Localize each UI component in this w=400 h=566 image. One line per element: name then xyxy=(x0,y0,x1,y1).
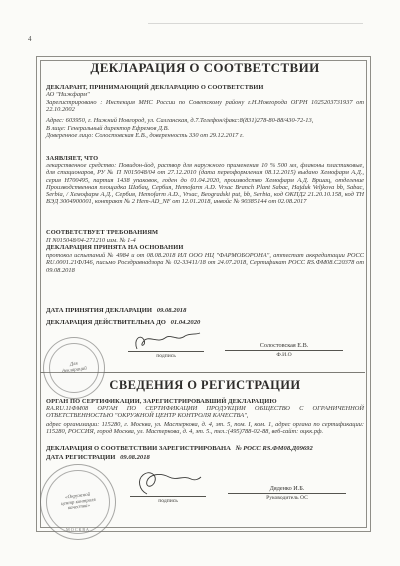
basis-heading: ДЕКЛАРАЦИЯ ПРИНЯТА НА ОСНОВАНИИ xyxy=(46,244,364,251)
declarant-stamp-text: Для деклараций xyxy=(61,361,87,375)
registrar-signature-icon xyxy=(133,470,203,496)
page-number: 4 xyxy=(28,35,32,43)
registrar-signature-caption: подпись xyxy=(130,497,206,504)
basis-text: протокол испытаний № 4984 и от 08.08.201… xyxy=(46,252,364,274)
registrar-signature-block: подпись xyxy=(130,470,206,504)
declarant-signature-block: подпись xyxy=(128,331,204,359)
declarant-registration-line: Зарегистрировано : Инспекция МНС России … xyxy=(46,99,364,114)
adoption-date-label: ДАТА ПРИНЯТИЯ ДЕКЛАРАЦИИ xyxy=(46,307,152,314)
valid-until-row: ДЕКЛАРАЦИЯ ДЕЙСТВИТЕЛЬНА ДО 01.04.2020 xyxy=(46,319,364,326)
certification-body-heading: ОРГАН ПО СЕРТИФИКАЦИИ, ЗАРЕГИСТРИРОВАВШИ… xyxy=(46,398,364,405)
declarant-stamp: Для деклараций xyxy=(43,337,105,399)
declares-heading: ЗАЯВЛЯЕТ, ЧТО xyxy=(46,155,364,162)
registrar-signature-line xyxy=(130,470,206,497)
declarant-signer-name: Солостовская Е.В. xyxy=(225,342,343,351)
declarant-signer-caption: Ф.И.О xyxy=(225,351,343,358)
registrar-signer-caption: Руководитель ОС xyxy=(228,494,346,501)
declarant-fio-block: Солостовская Е.В. Ф.И.О xyxy=(225,342,343,358)
adoption-date-row: ДАТА ПРИНЯТИЯ ДЕКЛАРАЦИИ 09.08.2018 xyxy=(46,307,364,314)
declarant-signature-line xyxy=(128,331,204,352)
certification-body-text: RA.RU.11ФМ08 ОРГАН ПО СЕРТИФИКАЦИИ ПРОДУ… xyxy=(46,405,364,420)
product-description: лекарственное средство: Повидон-йод, рас… xyxy=(46,162,364,206)
valid-until-value: 01.04.2020 xyxy=(171,319,201,326)
declarant-address-line: Адрес: 603950, г. Нижний Новгород, ул. С… xyxy=(46,117,364,124)
declarant-signature-caption: подпись xyxy=(128,352,204,359)
registration-date-row: ДАТА РЕГИСТРАЦИИ 09.08.2018 xyxy=(46,454,364,461)
certification-body-stamp-text: «Окружной центр контроля качества» xyxy=(60,492,97,513)
registration-date-value: 09.08.2018 xyxy=(120,454,150,461)
scan-artifact-line xyxy=(148,23,363,24)
certification-body-address: адрес организации: 115280, г. Москва, ул… xyxy=(46,421,364,436)
registrar-signer-name: Дяденко И.Б. xyxy=(228,485,346,494)
scanned-document-page: 4 ДЕКЛАРАЦИЯ О СООТВЕТСТВИИ ДЕКЛАРАНТ, П… xyxy=(0,0,400,566)
registered-number-row: ДЕКЛАРАЦИЯ О СООТВЕТСТВИИ ЗАРЕГИСТРИРОВА… xyxy=(46,445,364,452)
declarant-trustee-line: Доверенное лицо: Солостовская Е.В., дове… xyxy=(46,132,364,139)
declarant-signature-icon xyxy=(131,331,201,351)
certification-body-stamp-ring-text: МОСКВА xyxy=(41,527,115,532)
declarant-name: АО "Нижфарм" xyxy=(46,91,364,98)
registered-number: № РОСС RS.ФМ08.Д09692 xyxy=(236,445,313,452)
adoption-date-value: 09.08.2018 xyxy=(157,307,187,314)
certification-body-stamp: «Окружной центр контроля качества» МОСКВ… xyxy=(40,464,116,540)
registrar-fio-block: Дяденко И.Б. Руководитель ОС xyxy=(228,485,346,501)
valid-until-label: ДЕКЛАРАЦИЯ ДЕЙСТВИТЕЛЬНА ДО xyxy=(46,319,166,326)
declarant-heading: ДЕКЛАРАНТ, ПРИНИМАЮЩИЙ ДЕКЛАРАЦИЮ О СООТ… xyxy=(46,84,364,91)
registered-label: ДЕКЛАРАЦИЯ О СООТВЕТСТВИИ ЗАРЕГИСТРИРОВА… xyxy=(46,445,231,452)
declaration-title: ДЕКЛАРАЦИЯ О СООТВЕТСТВИИ xyxy=(46,60,364,76)
conforms-heading: СООТВЕТСТВУЕТ ТРЕБОВАНИЯМ xyxy=(46,229,364,236)
registration-date-label: ДАТА РЕГИСТРАЦИИ xyxy=(46,454,115,461)
